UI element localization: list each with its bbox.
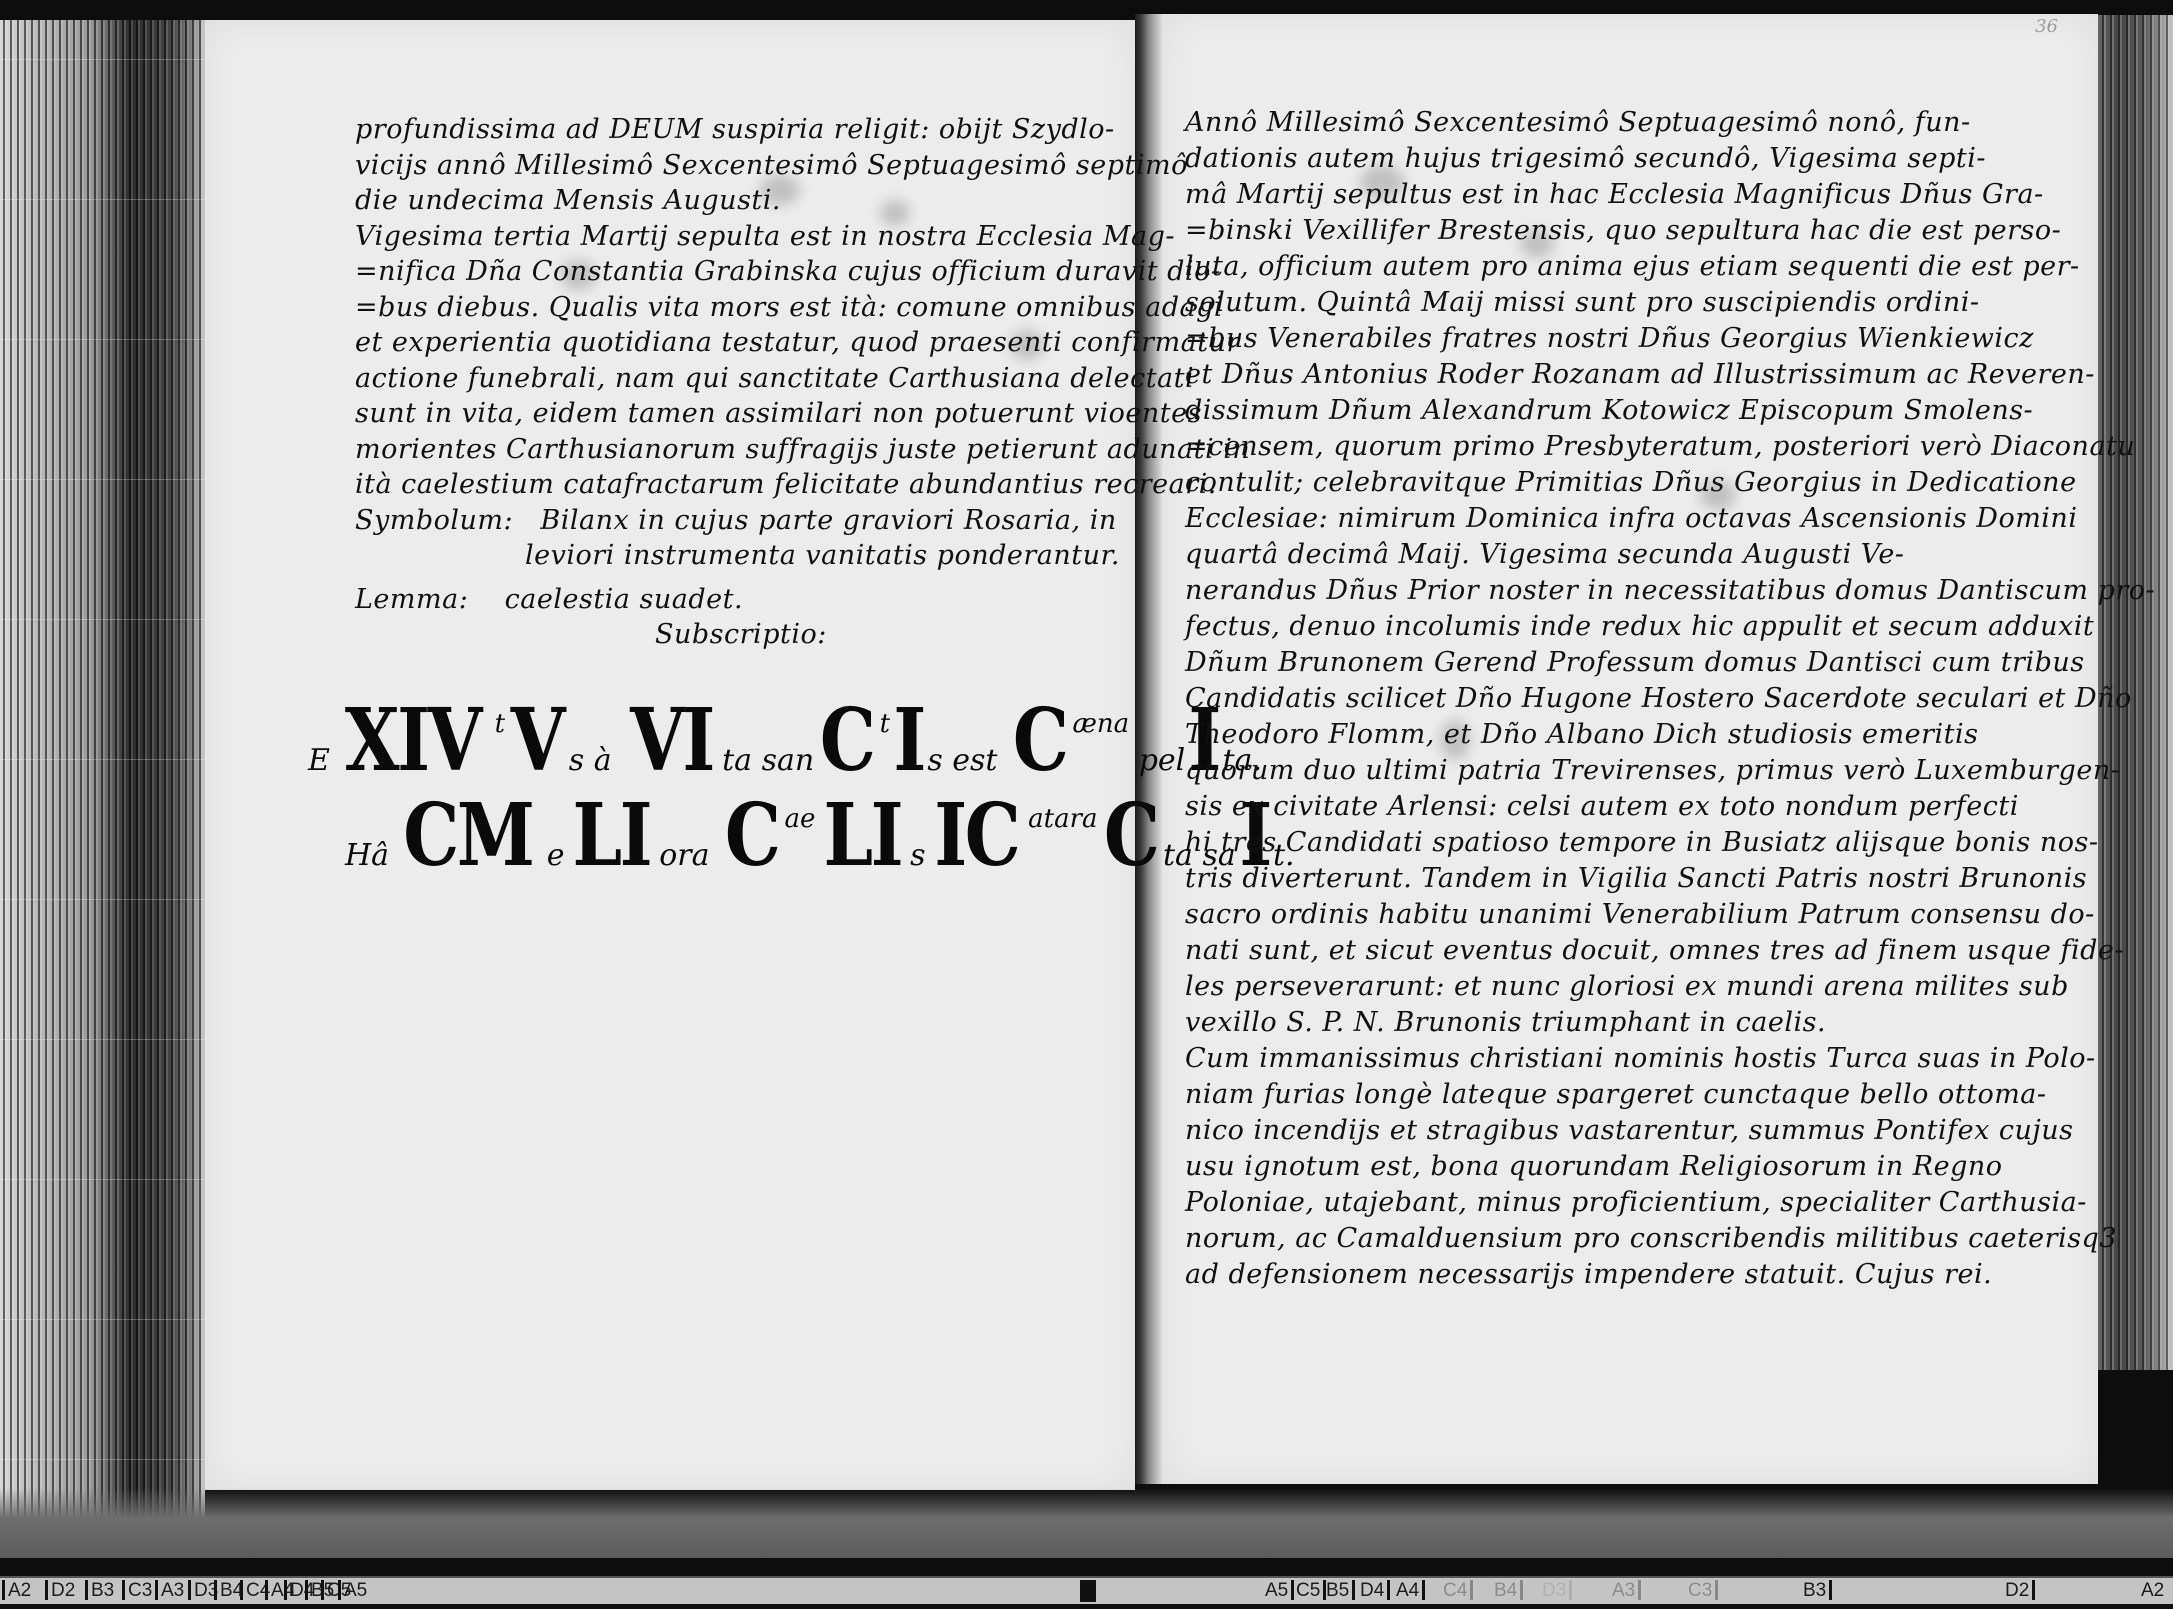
text-line: actione funebrali, nam qui sanctitate Ca… xyxy=(355,361,1250,397)
calibration-target: A5 xyxy=(338,1580,367,1602)
chronogram-letters: t xyxy=(880,709,890,739)
calibration-target: C5 xyxy=(1296,1580,1326,1602)
chronogram-letters: atara xyxy=(1028,804,1097,834)
text-line: Poloniae, utajebant, minus proficientium… xyxy=(1185,1185,2155,1221)
text-line: Dñum Brunonem Gerend Professum domus Dan… xyxy=(1185,645,2155,681)
text-line: norum, ac Camalduensium pro conscribendi… xyxy=(1185,1221,2155,1257)
text-line: Candidatis scilicet Dño Hugone Hostero S… xyxy=(1185,681,2155,717)
text-line: luta, officium autem pro anima ejus etia… xyxy=(1185,249,2155,285)
text-line: quorum duo ultimi patria Trevirenses, pr… xyxy=(1185,753,2155,789)
calibration-target: B5 xyxy=(1326,1580,1355,1602)
calibration-target: A5 xyxy=(1265,1580,1294,1602)
chronogram-numeral: XIV xyxy=(345,690,480,791)
chronogram-numeral: LI xyxy=(573,785,651,886)
chronogram-letters: E xyxy=(308,743,330,778)
center-registration-mark xyxy=(1080,1580,1096,1602)
text-line: Vigesima tertia Martij sepulta est in no… xyxy=(355,219,1250,255)
calibration-target: B3 xyxy=(1803,1580,1832,1602)
calibration-target: C3 xyxy=(1688,1580,1718,1602)
chronogram-letters: æna xyxy=(1072,709,1129,739)
text-line: =bus Venerabiles fratres nostri Dñus Geo… xyxy=(1185,321,2155,357)
text-line: vexillo S. P. N. Brunonis triumphant in … xyxy=(1185,1005,2155,1041)
symbolum-continuation: leviori instrumenta vanitatis ponderantu… xyxy=(355,538,1250,574)
text-line: contulit; celebravitque Primitias Dñus G… xyxy=(1185,465,2155,501)
chronogram-letters: pel xyxy=(1129,743,1185,778)
text-line: nati sunt, et sicut eventus docuit, omne… xyxy=(1185,933,2155,969)
text-line: sunt in vita, eidem tamen assimilari non… xyxy=(355,396,1250,432)
right-page-text: Annô Millesimô Sexcentesimô Septuagesimô… xyxy=(1185,105,2155,1293)
chronogram-line-2: HâCMeLIora CaeLIsICatara Cta saIt. xyxy=(345,785,1295,886)
text-line: Cum immanissimus christiani nominis host… xyxy=(1185,1041,2155,1077)
symbolum-label: Symbolum: xyxy=(355,505,513,536)
calibration-target: B4 xyxy=(1494,1580,1523,1602)
chronogram-numeral: CM xyxy=(403,785,532,886)
chronogram-numeral: C xyxy=(820,690,874,791)
text-line: et experientia quotidiana testatur, quod… xyxy=(355,325,1250,361)
scanner-bed xyxy=(0,1488,2173,1558)
calibration-target: D2 xyxy=(2005,1580,2035,1602)
text-line: =censem, quorum primo Presbyteratum, pos… xyxy=(1185,429,2155,465)
chronogram-letters: ora xyxy=(659,838,719,873)
chronogram-numeral: V xyxy=(511,690,563,791)
text-line: tris diverterunt. Tandem in Vigilia Sanc… xyxy=(1185,861,2155,897)
text-line: vicijs annô Millesimô Sexcentesimô Septu… xyxy=(355,148,1250,184)
calibration-target: C4 xyxy=(1443,1580,1473,1602)
text-line: quartâ decimâ Maij. Vigesima secunda Aug… xyxy=(1185,537,2155,573)
chronogram-numeral: IC xyxy=(935,785,1019,886)
left-page-text: profundissima ad DEUM suspiria religit: … xyxy=(355,112,1250,653)
text-line: Theodoro Flomm, et Dño Albano Dich studi… xyxy=(1185,717,2155,753)
text-line: profundissima ad DEUM suspiria religit: … xyxy=(355,112,1250,148)
text-line: mâ Martij sepultus est in hac Ecclesia M… xyxy=(1185,177,2155,213)
text-line: les perseverarunt: et nunc gloriosi ex m… xyxy=(1185,969,2155,1005)
chronogram-numeral: I xyxy=(893,690,924,791)
chronogram-letters: s est xyxy=(927,743,1007,778)
lemma-text: caelestia suadet. xyxy=(505,584,743,615)
text-line: nico incendijs et stragibus vastarentur,… xyxy=(1185,1113,2155,1149)
text-line: die undecima Mensis Augusti. xyxy=(355,183,1250,219)
text-line: et Dñus Antonius Roder Rozanam ad Illust… xyxy=(1185,357,2155,393)
text-line: ad defensionem necessarijs impendere sta… xyxy=(1185,1257,2155,1293)
calibration-target: D4 xyxy=(1360,1580,1390,1602)
text-line: morientes Carthusianorum suffragijs just… xyxy=(355,432,1250,468)
chronogram-numeral: C xyxy=(1013,690,1067,791)
chronogram-numeral: C xyxy=(725,785,779,886)
calibration-target: A3 xyxy=(155,1580,184,1602)
folio-number: 36 xyxy=(2035,16,2058,37)
text-line: sis ex civitate Arlensi: celsi autem ex … xyxy=(1185,789,2155,825)
text-line: ità caelestium catafractarum felicitate … xyxy=(355,467,1250,503)
subscriptio-heading: Subscriptio: xyxy=(355,617,1250,653)
text-line: hi tres Candidati spatioso tempore in Bu… xyxy=(1185,825,2155,861)
text-line: niam furias longè lateque spargeret cunc… xyxy=(1185,1077,2155,1113)
calibration-target: A4 xyxy=(1396,1580,1425,1602)
text-line: dissimum Dñum Alexandrum Kotowicz Episco… xyxy=(1185,393,2155,429)
text-line: =nifica Dña Constantia Grabinska cujus o… xyxy=(355,254,1250,290)
calibration-target: D3 xyxy=(1542,1580,1572,1602)
text-line: nerandus Dñus Prior noster in necessitat… xyxy=(1185,573,2155,609)
text-line: Annô Millesimô Sexcentesimô Septuagesimô… xyxy=(1185,105,2155,141)
text-line: =bus diebus. Qualis vita mors est ità: c… xyxy=(355,290,1250,326)
lemma-label: Lemma: xyxy=(355,584,468,615)
calibration-target: B4 xyxy=(214,1580,243,1602)
chronogram-letters: t xyxy=(495,709,505,739)
chronogram-letters: Hâ xyxy=(345,838,389,873)
text-line: Ecclesiae: nimirum Dominica infra octava… xyxy=(1185,501,2155,537)
symbolum-text: Bilanx in cujus parte graviori Rosaria, … xyxy=(540,505,1116,536)
chronogram-letters: e xyxy=(547,838,565,873)
calibration-target: A3 xyxy=(1612,1580,1641,1602)
left-page-stack-edge xyxy=(0,20,205,1520)
calibration-target: A2 xyxy=(2,1580,31,1602)
lemma-line: Lemma: caelestia suadet. xyxy=(355,582,1250,618)
calibration-target: A2 xyxy=(2141,1580,2164,1602)
chronogram-letters: ta san xyxy=(722,743,814,778)
chronogram-numeral: C xyxy=(1103,785,1157,886)
text-line: usu ignotum est, bona quorundam Religios… xyxy=(1185,1149,2155,1185)
text-line: fectus, denuo incolumis inde redux hic a… xyxy=(1185,609,2155,645)
chronogram-numeral: LI xyxy=(824,785,902,886)
chronogram-letters: s xyxy=(910,838,925,873)
text-line: =binski Vexillifer Brestensis, quo sepul… xyxy=(1185,213,2155,249)
calibration-target: B3 xyxy=(85,1580,114,1602)
calibration-target: C3 xyxy=(122,1580,152,1602)
chronogram-line-1: EXIVtVs à VIta sanCtIs est Cæna pelIta. xyxy=(308,690,1262,791)
chronogram-letters: s à xyxy=(569,743,621,778)
calibration-target: D2 xyxy=(45,1580,75,1602)
chronogram-numeral: VI xyxy=(630,690,713,791)
symbolum-line: Symbolum: Bilanx in cujus parte graviori… xyxy=(355,503,1250,539)
text-line: sacro ordinis habitu unanimi Venerabiliu… xyxy=(1185,897,2155,933)
chronogram-letters: ae xyxy=(784,804,815,834)
text-line: dationis autem hujus trigesimô secundô, … xyxy=(1185,141,2155,177)
text-line: solutum. Quintâ Maij missi sunt pro susc… xyxy=(1185,285,2155,321)
